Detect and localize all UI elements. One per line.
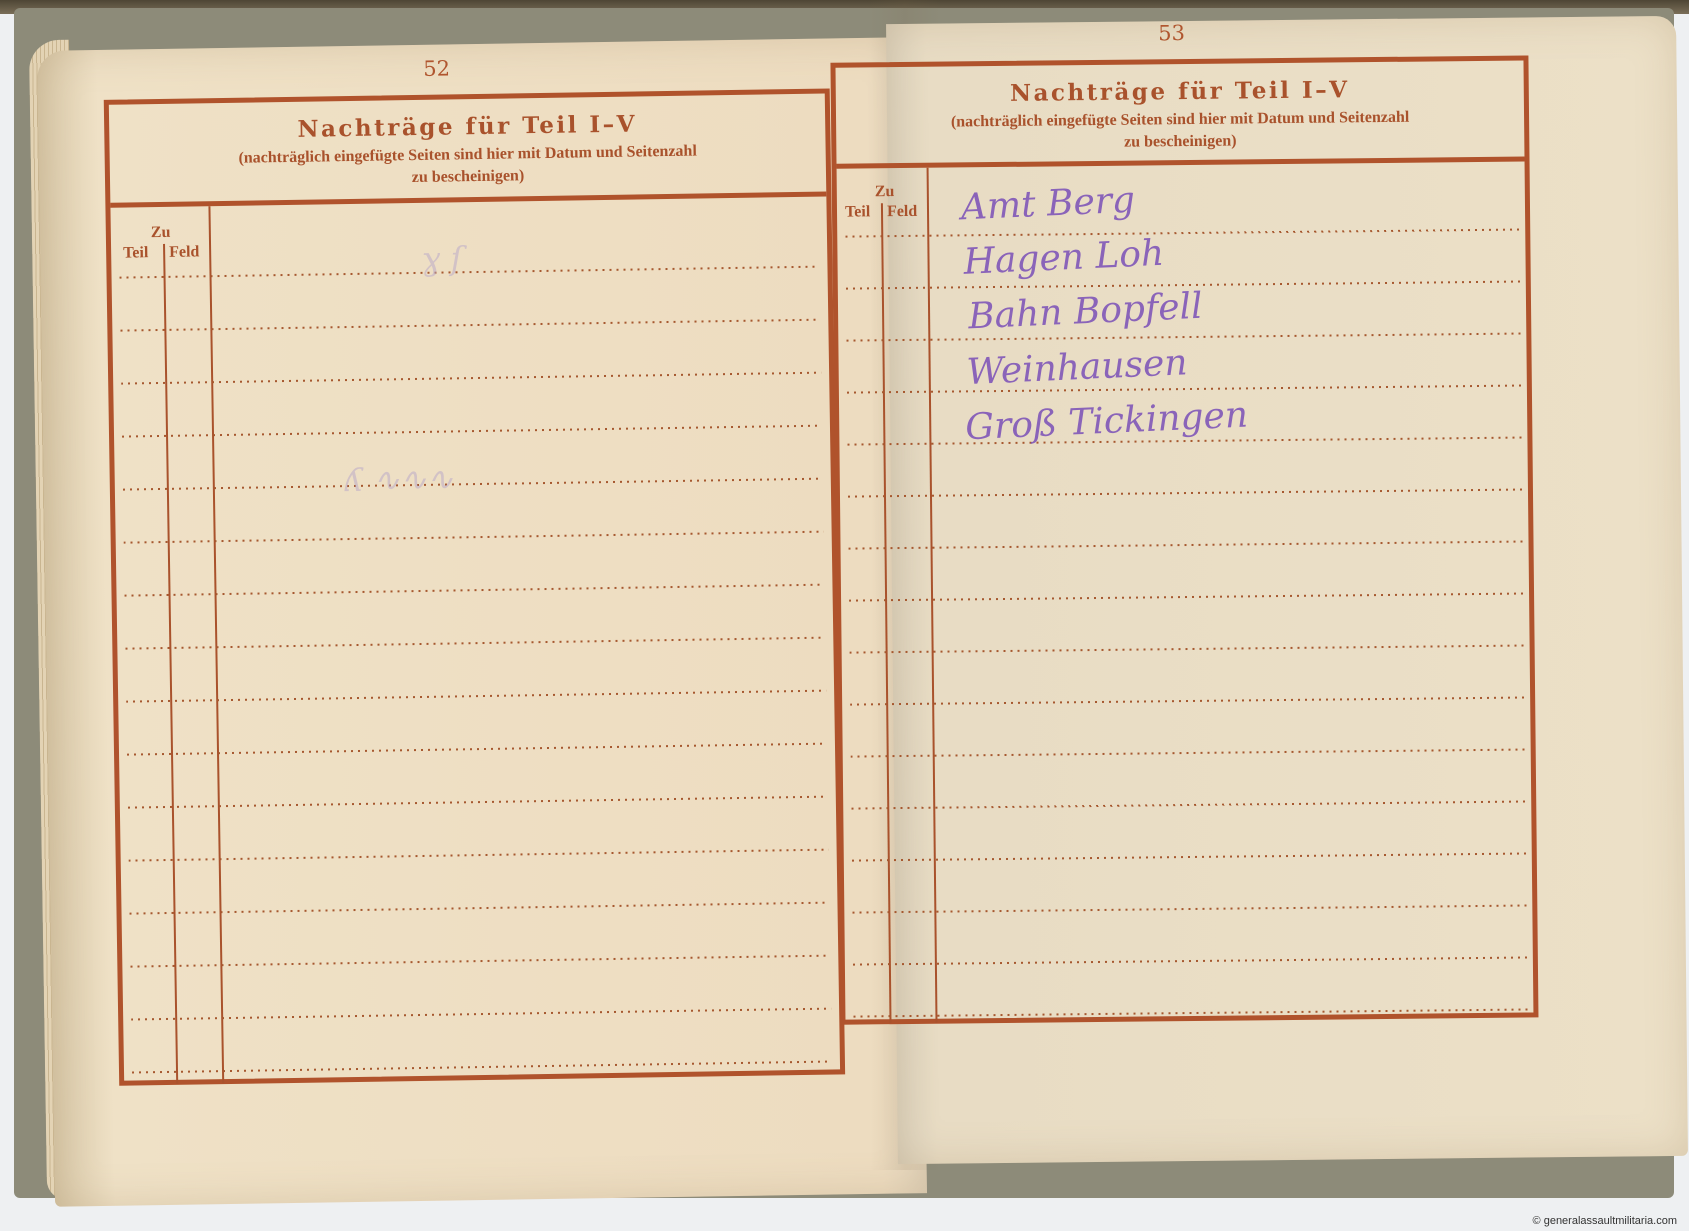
dotted-rule (847, 385, 1523, 394)
dotted-rule (121, 372, 821, 385)
faint-stamp-mark: ʎ ∿∿∿ (344, 459, 453, 499)
form-subtitle: (nachträglich eingefügte Seiten sind hie… (110, 139, 827, 194)
form-frame: Nachträge für Teil I–V (nachträglich ein… (104, 88, 845, 1085)
form-header: Nachträge für Teil I–V (nachträglich ein… (836, 60, 1525, 168)
dotted-rule (131, 1008, 831, 1021)
dotted-rule (845, 229, 1521, 238)
dotted-rule (126, 690, 826, 703)
handwritten-entry: Bahn Bopfell (967, 286, 1203, 338)
form-frame: Nachträge für Teil I–V (nachträglich ein… (830, 55, 1538, 1024)
dotted-rule (124, 531, 824, 544)
dotted-rule (123, 478, 823, 491)
dotted-rule (130, 955, 830, 968)
column-divider-teil (163, 244, 178, 1084)
dotted-rule (122, 425, 822, 438)
dotted-rule (851, 800, 1527, 809)
col-header-feld: Feld (887, 203, 917, 221)
column-divider-teil (881, 203, 892, 1023)
col-header-feld: Feld (169, 243, 199, 261)
form-subtitle: (nachträglich eingefügte Seiten sind hie… (836, 105, 1524, 156)
dotted-rule (125, 637, 825, 650)
dotted-rule (849, 541, 1525, 550)
handwritten-entry: Hagen Loh (963, 233, 1165, 283)
dotted-rule (849, 593, 1525, 602)
dotted-rule (129, 849, 829, 862)
dotted-rule (120, 266, 820, 279)
left-page: 52 Nachträge für Teil I–V (nachträglich … (37, 37, 927, 1207)
column-divider-feld (208, 206, 224, 1083)
dotted-rule (132, 1061, 832, 1074)
dotted-rule (851, 748, 1527, 757)
dotted-rule (125, 584, 825, 597)
page-number: 52 (423, 56, 450, 80)
form-header: Nachträge für Teil I–V (nachträglich ein… (109, 94, 827, 208)
right-page: 53 Nachträge für Teil I–V (nachträglich … (886, 16, 1688, 1164)
col-header-zu: Zu (151, 224, 171, 242)
dotted-rule (853, 956, 1529, 965)
handwritten-entry: Amt Berg (960, 180, 1136, 229)
faint-stamp-mark: ɣ ſ (421, 239, 463, 278)
dotted-rule (128, 796, 828, 809)
copyright-watermark: © generalassaultmilitaria.com (1533, 1215, 1677, 1227)
handwritten-entry: Weinhausen (966, 342, 1189, 393)
col-header-teil: Teil (123, 244, 148, 262)
dotted-rule (848, 489, 1524, 498)
dotted-rule (120, 319, 820, 332)
col-header-zu: Zu (875, 183, 895, 201)
dotted-rule (850, 645, 1526, 654)
col-header-teil: Teil (845, 203, 870, 221)
dotted-rule (846, 333, 1522, 342)
column-divider-feld (927, 168, 938, 1023)
dotted-rule (127, 743, 827, 756)
dotted-rule (853, 1008, 1529, 1017)
dotted-rule (850, 697, 1526, 706)
form-title: Nachträge für Teil I–V (836, 74, 1524, 108)
dotted-rule (130, 902, 830, 915)
dotted-rule (852, 852, 1528, 861)
dotted-rule (852, 904, 1528, 913)
page-number: 53 (1158, 21, 1185, 45)
